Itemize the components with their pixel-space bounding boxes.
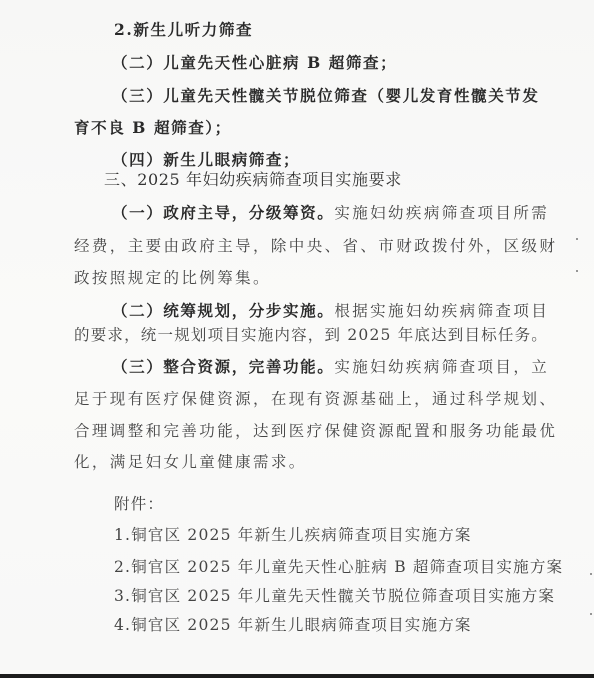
attachment-item: 3.铜官区 2025 年儿童先天性髋关节脱位筛查项目实施方案: [114, 586, 555, 606]
requirement-2-title: （二）统筹规划，分步实施。: [112, 301, 334, 320]
requirement-3-line2: 足于现有医疗保健资源，在现有资源基础上，通过科学规划、: [74, 389, 557, 409]
requirement-3-text: 实施妇幼疾病筛查项目，立: [334, 358, 549, 376]
screening-item-hip-line2: 育不良 B 超筛查）；: [74, 118, 232, 138]
requirement-3-line1: （三）整合资源，完善功能。实施妇幼疾病筛查项目，立: [112, 357, 549, 377]
requirement-1-line1: （一）政府主导，分级筹资。实施妇幼疾病筛查项目所需: [112, 203, 549, 223]
attachments-label: 附件：: [114, 494, 164, 514]
document-page: 2.新生儿听力筛查 （二）儿童先天性心脏病 B 超筛查； （三）儿童先天性髋关节…: [0, 0, 594, 674]
attachment-item: 4.铜官区 2025 年新生儿眼病筛查项目实施方案: [114, 615, 472, 635]
requirement-1-title: （一）政府主导，分级筹资。: [112, 203, 334, 222]
requirement-3-title: （三）整合资源，完善功能。: [112, 357, 334, 376]
scan-speck: [576, 238, 578, 240]
page-bottom-border: [0, 674, 594, 678]
scan-speck: [576, 270, 578, 272]
screening-item-heart: （二）儿童先天性心脏病 B 超筛查；: [112, 53, 397, 73]
requirement-2-text: 根据实施妇幼疾病筛查项目: [334, 302, 549, 320]
requirement-1-line3: 政按照规定的比例筹集。: [74, 268, 271, 288]
requirement-1-text: 实施妇幼疾病筛查项目所需: [334, 204, 549, 222]
requirement-1-line2: 经费，主要由政府主导，除中央、省、市财政拨付外，区级财: [74, 236, 557, 256]
section-heading: 三、2025 年妇幼疾病筛查项目实施要求: [104, 170, 402, 190]
scan-speck: [590, 573, 592, 575]
requirement-3-line4: 化，满足妇女儿童健康需求。: [74, 452, 307, 472]
attachment-item: 2.铜官区 2025 年儿童先天性心脏病 B 超筛查项目实施方案: [114, 557, 563, 577]
attachment-item: 1.铜官区 2025 年新生儿疾病筛查项目实施方案: [114, 525, 472, 545]
requirement-3-line3: 合理调整和完善功能，达到医疗保健资源配置和服务功能最优: [74, 421, 557, 441]
requirement-2-line2: 的要求，统一规划项目实施内容，到 2025 年底达到目标任务。: [74, 325, 548, 345]
screening-item-eye: （四）新生儿眼病筛查；: [112, 150, 300, 170]
requirement-2-line1: （二）统筹规划，分步实施。根据实施妇幼疾病筛查项目: [112, 301, 549, 321]
scan-speck: [590, 613, 592, 615]
screening-item-hip-line1: （三）儿童先天性髋关节脱位筛查（婴儿发育性髋关节发: [112, 86, 540, 106]
screening-item-hearing: 2.新生儿听力筛查: [114, 20, 253, 40]
